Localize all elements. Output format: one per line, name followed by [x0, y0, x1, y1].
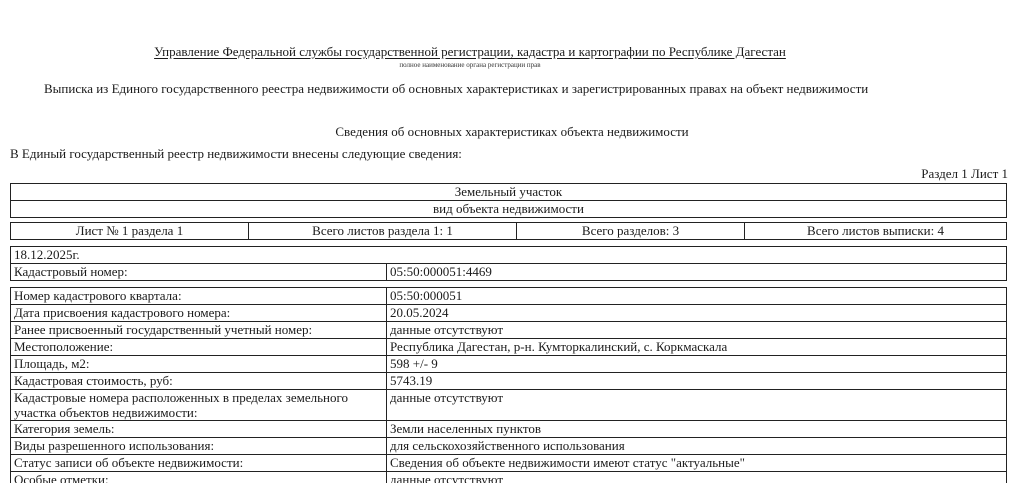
row-value: данные отсутствуют — [387, 472, 1007, 483]
row-label: Категория земель: — [11, 421, 387, 438]
identification-table: 18.12.2025г. Кадастровый номер: 05:50:00… — [10, 246, 1007, 281]
cadastral-number-value: 05:50:000051:4469 — [387, 264, 1007, 281]
row-value: данные отсутствуют — [387, 322, 1007, 339]
row-value: Сведения об объекте недвижимости имеют с… — [387, 455, 1007, 472]
sheet-info-table: Лист № 1 раздела 1 Всего листов раздела … — [10, 222, 1007, 240]
registration-authority-name: Управление Федеральной службы государств… — [0, 44, 940, 60]
extract-date: 18.12.2025г. — [11, 247, 1007, 264]
row-value: Земли населенных пунктов — [387, 421, 1007, 438]
sheet-number: Лист № 1 раздела 1 — [11, 223, 249, 240]
row-label: Кадастровая стоимость, руб: — [11, 373, 387, 390]
page-reference: Раздел 1 Лист 1 — [921, 166, 1008, 182]
row-value: 5743.19 — [387, 373, 1007, 390]
intro-text: В Единый государственный реестр недвижим… — [10, 146, 462, 162]
section-title: Сведения об основных характеристиках объ… — [0, 124, 1024, 140]
table-row: Особые отметки: данные отсутствуют — [11, 472, 1007, 483]
row-value: 05:50:000051 — [387, 288, 1007, 305]
row-value: данные отсутствуют — [387, 390, 1007, 421]
row-value: Республика Дагестан, р-н. Кумторкалински… — [387, 339, 1007, 356]
object-type-caption: вид объекта недвижимости — [11, 201, 1007, 218]
row-label: Номер кадастрового квартала: — [11, 288, 387, 305]
table-row: Площадь, м2: 598 +/- 9 — [11, 356, 1007, 373]
table-row: Ранее присвоенный государственный учетны… — [11, 322, 1007, 339]
table-row: Дата присвоения кадастрового номера: 20.… — [11, 305, 1007, 322]
table-row: Категория земель: Земли населенных пункт… — [11, 421, 1007, 438]
row-label: Ранее присвоенный государственный учетны… — [11, 322, 387, 339]
row-label: Площадь, м2: — [11, 356, 387, 373]
row-label: Местоположение: — [11, 339, 387, 356]
table-row: Кадастровая стоимость, руб: 5743.19 — [11, 373, 1007, 390]
table-row: Номер кадастрового квартала: 05:50:00005… — [11, 288, 1007, 305]
row-label: Особые отметки: — [11, 472, 387, 483]
document-title: Выписка из Единого государственного реес… — [44, 81, 868, 97]
row-value: для сельскохозяйственного использования — [387, 438, 1007, 455]
cadastral-number-label: Кадастровый номер: — [11, 264, 387, 281]
table-row: Статус записи об объекте недвижимости: С… — [11, 455, 1007, 472]
row-value: 20.05.2024 — [387, 305, 1007, 322]
registration-authority-caption: полное наименование органа регистрации п… — [0, 61, 940, 69]
row-label: Виды разрешенного использования: — [11, 438, 387, 455]
row-label: Кадастровые номера расположенных в преде… — [11, 390, 387, 421]
table-row: Кадастровые номера расположенных в преде… — [11, 390, 1007, 421]
sections-total: Всего разделов: 3 — [517, 223, 745, 240]
extract-sheets-total: Всего листов выписки: 4 — [745, 223, 1007, 240]
row-label: Дата присвоения кадастрового номера: — [11, 305, 387, 322]
table-row: Местоположение: Республика Дагестан, р-н… — [11, 339, 1007, 356]
row-label: Статус записи об объекте недвижимости: — [11, 455, 387, 472]
object-type: Земельный участок — [11, 184, 1007, 201]
section-sheets-total: Всего листов раздела 1: 1 — [249, 223, 517, 240]
characteristics-table: Номер кадастрового квартала: 05:50:00005… — [10, 287, 1007, 483]
table-row: Виды разрешенного использования: для сел… — [11, 438, 1007, 455]
object-type-table: Земельный участок вид объекта недвижимос… — [10, 183, 1007, 218]
row-value: 598 +/- 9 — [387, 356, 1007, 373]
